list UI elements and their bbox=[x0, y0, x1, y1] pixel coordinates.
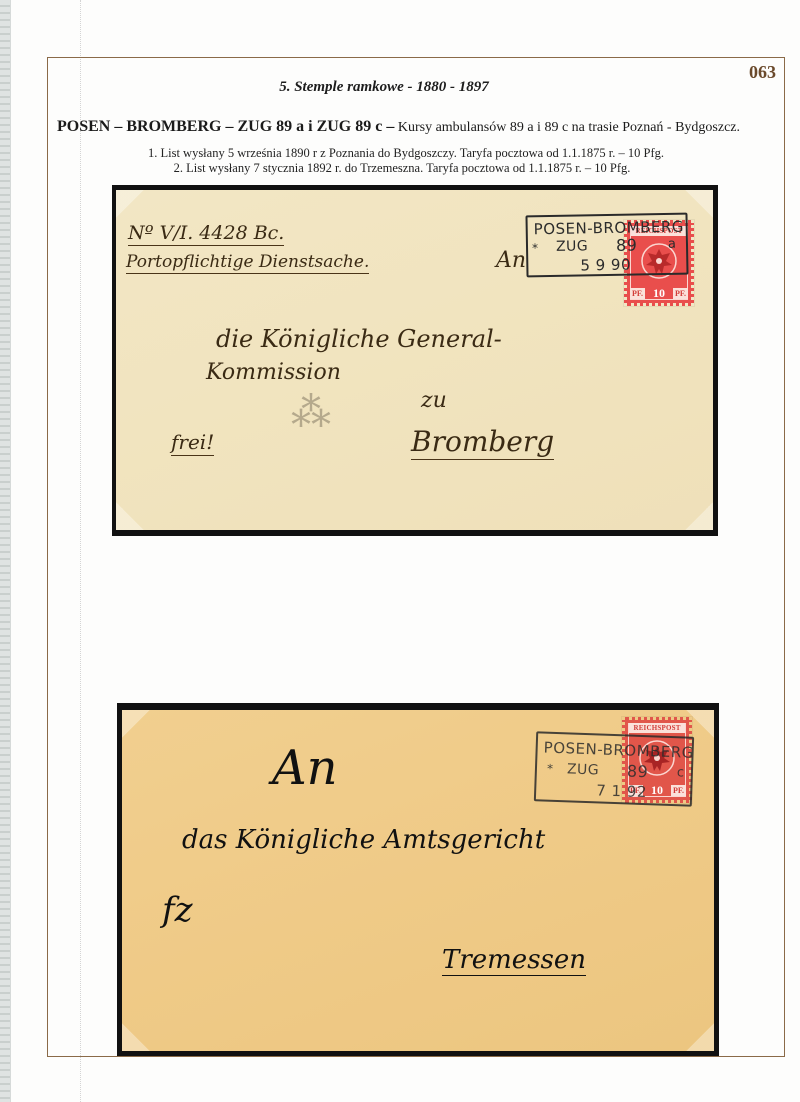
photo-corner bbox=[686, 1023, 714, 1051]
section-title: 5. Stemple ramkowe - 1880 - 1897 bbox=[48, 79, 784, 96]
handwritten-city: Bromberg bbox=[411, 425, 554, 460]
photo-corner bbox=[685, 502, 713, 530]
postmark-train-number: 89 bbox=[627, 761, 649, 781]
handwritten-reference: Nº V/I. 4428 Bc. bbox=[128, 222, 284, 246]
handwritten-frei: frei! bbox=[171, 430, 214, 456]
box-postmark: POSEN-BROMBERG * ZUG 89 c 7 1 92 bbox=[534, 731, 694, 806]
stamp-unit-left: PF. bbox=[630, 288, 645, 299]
envelope-2: An das Königliche Amtsgericht fz Tremess… bbox=[122, 710, 714, 1051]
description-letter-1: 1. List wysłany 5 września 1890 r z Pozn… bbox=[38, 146, 774, 161]
headline-description: Kursy ambulansów 89 a i 89 c na trasie P… bbox=[394, 120, 740, 135]
faint-backstamp: ⁂ bbox=[291, 390, 331, 436]
postmark-route: POSEN-BROMBERG bbox=[534, 218, 685, 239]
handwritten-service-note: Portopflichtige Dienstsache. bbox=[126, 252, 369, 274]
postmark-train-number: 89 bbox=[616, 235, 638, 254]
stamp-unit-right: PF. bbox=[673, 288, 688, 299]
postmark-date: 5 9 90 bbox=[580, 256, 631, 275]
postmark-train-suffix: c bbox=[677, 765, 685, 780]
binder-edge bbox=[0, 0, 11, 1102]
postmark-star: * bbox=[532, 241, 539, 255]
handwritten-city: Tremessen bbox=[442, 945, 586, 976]
postmark-zug: ZUG bbox=[556, 238, 588, 255]
box-postmark: POSEN-BROMBERG * ZUG 89 a 5 9 90 bbox=[525, 213, 688, 278]
stamp-value: 10 bbox=[653, 286, 665, 301]
section-title-text: 5. Stemple ramkowe - 1880 - 1897 bbox=[279, 79, 489, 95]
postmark-zug: ZUG bbox=[567, 761, 600, 778]
envelope-2-mount: An das Königliche Amtsgericht fz Tremess… bbox=[117, 703, 719, 1056]
stamp-label: REICHSPOST bbox=[629, 723, 685, 733]
postmark-train-suffix: a bbox=[668, 237, 677, 252]
postmark-star: * bbox=[547, 762, 554, 776]
photo-corner bbox=[122, 1023, 150, 1051]
handwritten-zu: zu bbox=[421, 388, 447, 413]
headline-route: POSEN – BROMBERG – ZUG 89 a i ZUG 89 c – bbox=[57, 118, 394, 135]
handwritten-addressee: das Königliche Amtsgericht bbox=[182, 825, 545, 855]
postmark-date: 7 1 92 bbox=[596, 781, 647, 801]
photo-corner bbox=[685, 190, 713, 218]
handwritten-an: An bbox=[496, 248, 526, 273]
photo-corner bbox=[122, 710, 150, 738]
envelope-1-mount: Nº V/I. 4428 Bc. Portopflichtige Diensts… bbox=[112, 185, 718, 536]
page-headline: POSEN – BROMBERG – ZUG 89 a i ZUG 89 c –… bbox=[57, 118, 740, 136]
handwritten-addressee-2: Kommission bbox=[206, 360, 341, 385]
description-letter-2: 2. List wysłany 7 stycznia 1892 r. do Tr… bbox=[34, 161, 770, 176]
stamp-value-row: PF. 10 PF. bbox=[630, 286, 688, 300]
handwritten-addressee-1: die Königliche General- bbox=[216, 325, 502, 353]
photo-corner bbox=[116, 190, 144, 218]
handwritten-an: An bbox=[272, 740, 338, 796]
postmark-route: POSEN-BROMBERG bbox=[543, 739, 694, 762]
handwritten-fz: fz bbox=[162, 890, 193, 930]
envelope-1: Nº V/I. 4428 Bc. Portopflichtige Diensts… bbox=[116, 190, 713, 530]
photo-corner bbox=[116, 502, 144, 530]
